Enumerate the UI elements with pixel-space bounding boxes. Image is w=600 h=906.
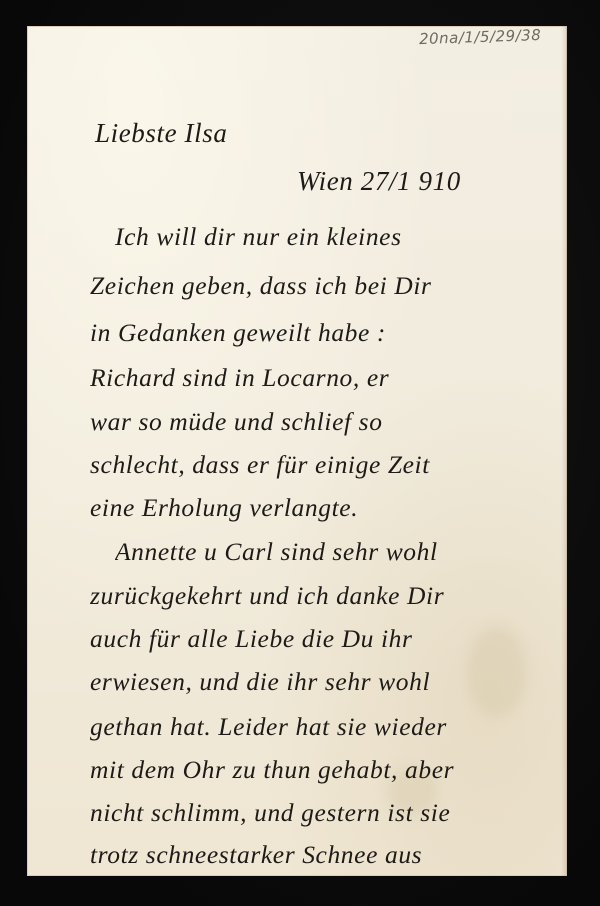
letter-line: gethan hat. Leider hat sie wieder bbox=[90, 712, 560, 742]
letter-line: schlecht, dass er für einige Zeit bbox=[90, 450, 560, 480]
letter-line: eine Erholung verlangte. bbox=[90, 493, 560, 523]
letter-line: in Gedanken geweilt habe : bbox=[90, 318, 560, 348]
salutation: Liebste Ilsa bbox=[95, 118, 227, 149]
letter-line: zurückgekehrt und ich danke Dir bbox=[90, 581, 560, 611]
archive-reference-number: 20na/1/5/29/38 bbox=[419, 26, 542, 48]
letter-line: erwiesen, und die ihr sehr wohl bbox=[90, 667, 560, 697]
dateline: Wien 27/1 910 bbox=[297, 166, 461, 197]
letter-line: auch für alle Liebe die Du ihr bbox=[90, 624, 560, 654]
letter-line: Ich will dir nur ein kleines bbox=[115, 222, 560, 252]
letter-line: Zeichen geben, dass ich bei Dir bbox=[90, 271, 560, 301]
letter-line: war so müde und schlief so bbox=[90, 407, 560, 437]
letter-line: Annette u Carl sind sehr wohl bbox=[115, 537, 560, 567]
letter-line: nicht schlimm, und gestern ist sie bbox=[90, 798, 560, 828]
letter-sheet: 20na/1/5/29/38 Liebste Ilsa Wien 27/1 91… bbox=[27, 26, 567, 876]
letter-line: trotz schneestarker Schnee aus bbox=[90, 840, 560, 870]
letter-line: mit dem Ohr zu thun gehabt, aber bbox=[90, 755, 560, 785]
letter-line: Richard sind in Locarno, er bbox=[90, 363, 560, 393]
